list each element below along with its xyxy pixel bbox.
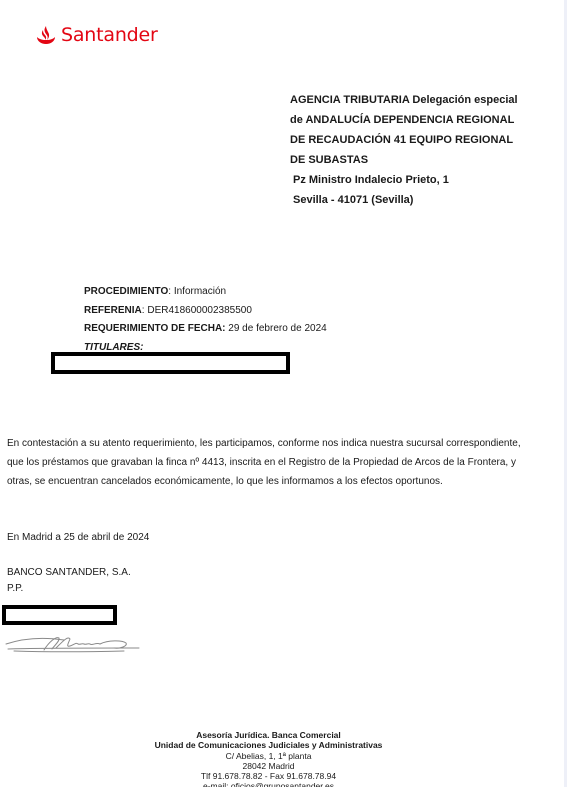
handwritten-signature <box>4 632 144 661</box>
footer-block: Asesoría Jurídica. Banca Comercial Unida… <box>0 730 537 787</box>
santander-logo: Santander <box>35 22 158 48</box>
footer-city: 28042 Madrid <box>0 761 537 771</box>
signer-redaction-box <box>2 605 117 625</box>
body-line: otras, se encuentran cancelados económic… <box>7 472 542 491</box>
closing-block: BANCO SANTANDER, S.A. P.P. <box>7 565 131 597</box>
footer-street: C/ Abelias, 1, 1ª planta <box>0 751 537 761</box>
addressee-line: de ANDALUCÍA DEPENDENCIA REGIONAL <box>290 110 550 130</box>
body-line: En contestación a su atento requerimient… <box>7 434 542 453</box>
requerimiento-value: 29 de febrero de 2024 <box>226 323 327 334</box>
procedimiento-row: PROCEDIMIENTO: Información <box>84 283 327 302</box>
reference-block: PROCEDIMIENTO: Información REFERENIA: DE… <box>84 283 327 357</box>
pp-label: P.P. <box>7 581 131 597</box>
body-paragraph: En contestación a su atento requerimient… <box>7 434 542 491</box>
procedimiento-label: PROCEDIMIENTO <box>84 286 168 297</box>
requerimiento-label: REQUERIMIENTO DE FECHA: <box>84 323 226 334</box>
addressee-block: AGENCIA TRIBUTARIA Delegación especial d… <box>290 90 550 210</box>
addressee-line: AGENCIA TRIBUTARIA Delegación especial <box>290 90 550 110</box>
addressee-city: Sevilla - 41071 (Sevilla) <box>290 190 550 210</box>
referencia-row: REFERENIA: DER418600002385500 <box>84 302 327 321</box>
addressee-line: DE SUBASTAS <box>290 150 550 170</box>
brand-name: Santander <box>61 26 158 45</box>
footer-phone-fax: Tlf 91.678.78.82 - Fax 91.678.78.94 <box>0 771 537 781</box>
requerimiento-row: REQUERIMIENTO DE FECHA: 29 de febrero de… <box>84 320 327 339</box>
referencia-label: REFERENIA <box>84 305 142 316</box>
addressee-line: DE RECAUDACIÓN 41 EQUIPO REGIONAL <box>290 130 550 150</box>
footer-department: Asesoría Jurídica. Banca Comercial <box>0 730 537 740</box>
santander-flame-icon <box>35 25 57 45</box>
document-page: Santander AGENCIA TRIBUTARIA Delegación … <box>0 0 564 787</box>
footer-email: e-mail: oficios@gruposantander.es <box>0 781 537 787</box>
body-line: que los préstamos que gravaban la finca … <box>7 453 542 472</box>
addressee-street: Pz Ministro Indalecio Prieto, 1 <box>290 170 550 190</box>
procedimiento-value: : Información <box>168 286 226 297</box>
referencia-value: : DER418600002385500 <box>142 305 252 316</box>
company-name: BANCO SANTANDER, S.A. <box>7 565 131 581</box>
footer-unit: Unidad de Comunicaciones Judiciales y Ad… <box>0 740 537 750</box>
place-date: En Madrid a 25 de abril de 2024 <box>7 532 149 543</box>
titulares-redaction-box <box>51 352 290 374</box>
